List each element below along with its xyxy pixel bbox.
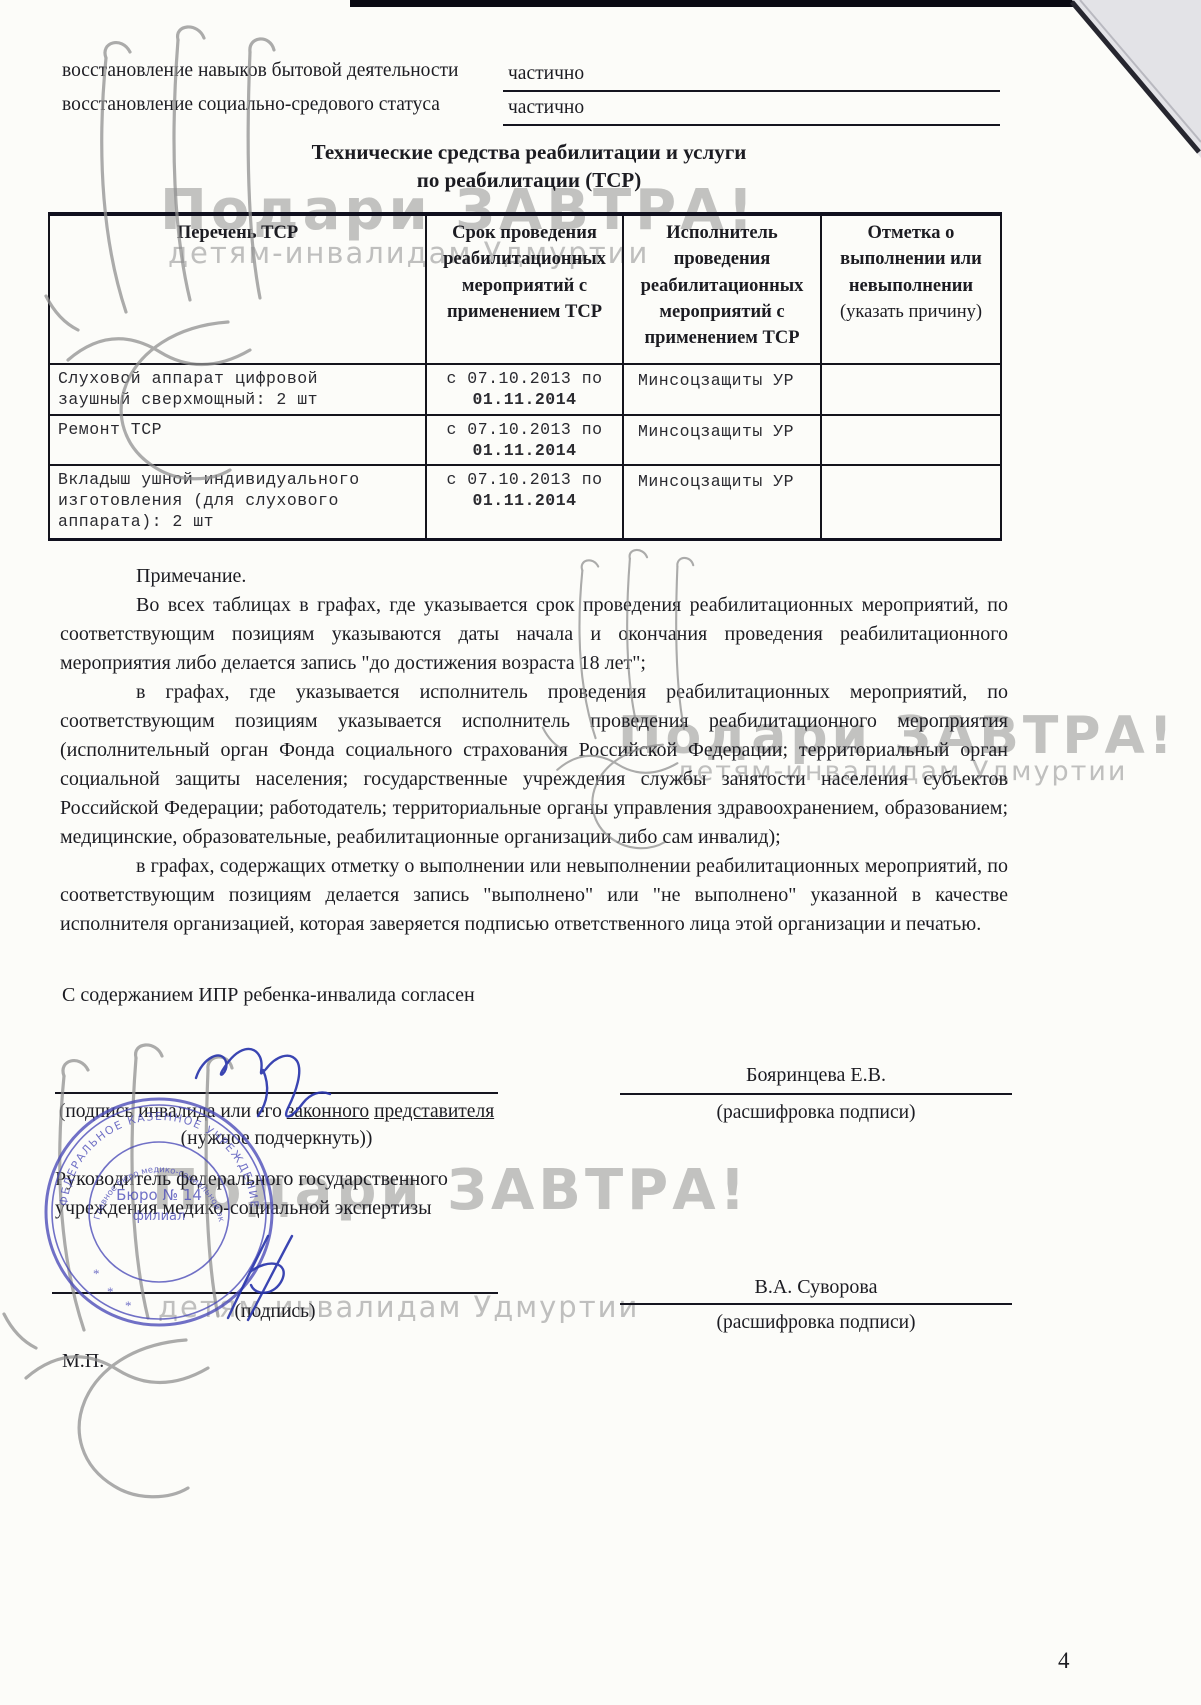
table-header-executor: Исполнитель проведения реабилитационных … — [623, 214, 821, 364]
table-row: Вкладыш ушной индивидуального изготовлен… — [49, 465, 1001, 539]
field-value-social-status: частично — [508, 97, 584, 119]
cell-tsr-name: Вкладыш ушной индивидуального изготовлен… — [49, 465, 426, 539]
section-title-line1: Технические средства реабилитации и услу… — [48, 140, 1010, 165]
cell-mark — [821, 465, 1001, 539]
page-number: 4 — [1058, 1648, 1070, 1674]
note-section: Примечание. Во всех таблицах в графах, г… — [60, 562, 1008, 939]
cell-executor: Минсоцзащиты УР — [623, 415, 821, 465]
document-page: Подари ЗАВТРА! детям-инвалидам Удмуртии … — [0, 0, 1201, 1705]
field-underline — [503, 124, 1000, 126]
cell-period: с 07.10.2013 по 01.11.2014 — [426, 415, 623, 465]
signature-line — [52, 1292, 498, 1294]
note-paragraph: Во всех таблицах в графах, где указывает… — [60, 591, 1008, 678]
section-title-line2: по реабилитации (ТСР) — [48, 168, 1010, 193]
seal-place-label: М.П. — [62, 1350, 104, 1373]
note-heading: Примечание. — [60, 562, 1008, 591]
official-title: Руководитель федерального государственно… — [55, 1165, 535, 1223]
cell-mark — [821, 364, 1001, 415]
cell-tsr-name: Ремонт ТСР — [49, 415, 426, 465]
cell-period-start: с 07.10.2013 по — [429, 469, 620, 490]
signature1-caption-underlined-2: представителя — [374, 1101, 494, 1122]
cell-period-start: с 07.10.2013 по — [429, 419, 620, 440]
signature1-caption-pre: (подпись инвалида или его — [59, 1101, 287, 1122]
cell-period: с 07.10.2013 по 01.11.2014 — [426, 465, 623, 539]
signature1-caption-underlined-1: законного — [287, 1101, 369, 1122]
table-row: Ремонт ТСР с 07.10.2013 по 01.11.2014 Ми… — [49, 415, 1001, 465]
table-header-mark-note: (указать причину) — [826, 299, 996, 325]
signature1-name: Бояринцева Е.В. — [620, 1064, 1012, 1087]
signature1-caption: (подпись инвалида или его законного пред… — [55, 1098, 498, 1152]
signature2-name-caption: (расшифровка подписи) — [620, 1309, 1012, 1336]
cell-executor: Минсоцзащиты УР — [623, 465, 821, 539]
cell-period-end: 01.11.2014 — [429, 490, 620, 511]
table-header-period: Срок проведения реабилитационных меропри… — [426, 214, 623, 364]
note-paragraph: в графах, где указывается исполнитель пр… — [60, 678, 1008, 852]
signature1-name-caption: (расшифровка подписи) — [620, 1099, 1012, 1126]
field-underline — [503, 90, 1000, 92]
table-header-mark-bold: Отметка о выполнении или невыполнении — [840, 223, 982, 296]
stamp-star: * — [93, 1266, 100, 1281]
note-paragraph: в графах, содержащих отметку о выполнени… — [60, 852, 1008, 939]
page-corner-fold — [1072, 0, 1201, 158]
cell-period-start: с 07.10.2013 по — [429, 368, 620, 389]
cell-executor: Минсоцзащиты УР — [623, 364, 821, 415]
tsr-table: Перечень ТСР Срок проведения реабилитаци… — [48, 212, 1002, 541]
signature1-caption-post: (нужное подчеркнуть)) — [181, 1128, 373, 1149]
signature-line — [620, 1303, 1012, 1305]
scan-edge-strip — [350, 0, 1074, 7]
signature-line — [55, 1092, 498, 1094]
signature-line — [620, 1093, 1012, 1095]
table-row: Слуховой аппарат цифровой заушный сверхм… — [49, 364, 1001, 415]
field-label-social-status: восстановление социально-средового стату… — [62, 94, 440, 116]
table-header-tsr-list: Перечень ТСР — [49, 214, 426, 364]
cell-period: с 07.10.2013 по 01.11.2014 — [426, 364, 623, 415]
cell-tsr-name: Слуховой аппарат цифровой заушный сверхм… — [49, 364, 426, 415]
consent-statement: С содержанием ИПР ребенка-инвалида согла… — [62, 984, 475, 1007]
handwritten-signature-2 — [250, 1264, 284, 1293]
signature2-caption: (подпись) — [52, 1298, 498, 1325]
cell-period-end: 01.11.2014 — [429, 440, 620, 461]
cell-period-end: 01.11.2014 — [429, 389, 620, 410]
field-value-household-skills: частично — [508, 63, 584, 85]
cell-mark — [821, 415, 1001, 465]
signature2-name: В.А. Суворова — [620, 1276, 1012, 1299]
table-header-mark: Отметка о выполнении или невыполнении (у… — [821, 214, 1001, 364]
field-label-household-skills: восстановление навыков бытовой деятельно… — [62, 60, 458, 82]
